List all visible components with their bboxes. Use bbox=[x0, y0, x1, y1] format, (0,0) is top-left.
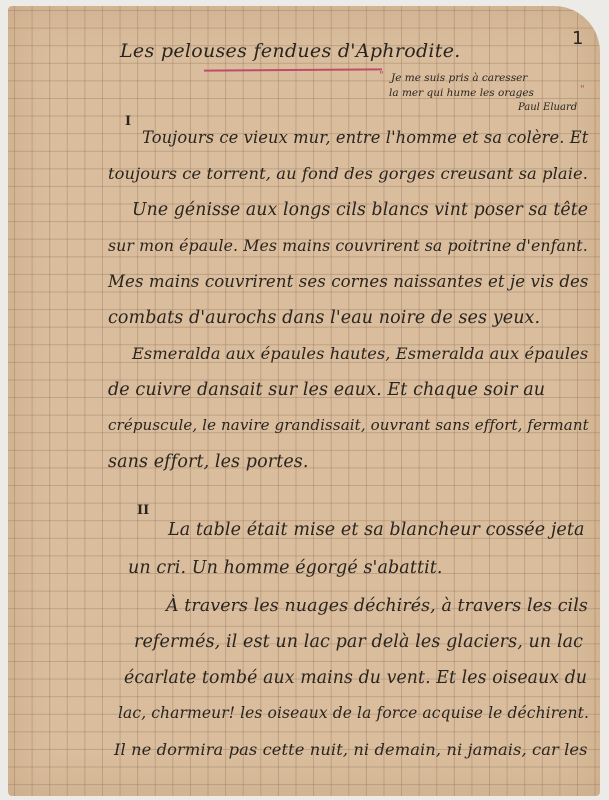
text-line: combats d'aurochs dans l'eau noire de se… bbox=[108, 308, 540, 328]
text-line: Mes mains couvrirent ses cornes naissant… bbox=[108, 272, 589, 291]
epigraph-line-2: la mer qui hume les orages bbox=[389, 87, 534, 99]
text-line: À travers les nuages déchirés, à travers… bbox=[166, 596, 588, 616]
epigraph-author: Paul Eluard bbox=[518, 102, 577, 113]
text-line: de cuivre dansait sur les eaux. Et chaqu… bbox=[108, 380, 545, 400]
page-number: 1 bbox=[572, 28, 583, 49]
manuscript-page: 1 Les pelouses fendues d'Aphrodite. " Je… bbox=[8, 6, 600, 796]
section-numeral-1: I bbox=[125, 114, 131, 129]
text-line: écarlate tombé aux mains du vent. Et les… bbox=[124, 668, 587, 688]
section-numeral-2: II bbox=[137, 503, 149, 518]
text-line: toujours ce torrent, au fond des gorges … bbox=[108, 164, 588, 183]
text-line: Toujours ce vieux mur, entre l'homme et … bbox=[142, 128, 588, 147]
text-line: Une génisse aux longs cils blancs vint p… bbox=[132, 200, 588, 220]
text-line: crépuscule, le navire grandissait, ouvra… bbox=[108, 416, 589, 434]
title-underline bbox=[204, 68, 382, 71]
epigraph-quote-close: " bbox=[580, 84, 585, 95]
text-line: La table était mise et sa blancheur coss… bbox=[168, 520, 585, 540]
text-line: Il ne dormira pas cette nuit, ni demain,… bbox=[114, 740, 588, 759]
text-line: sans effort, les portes. bbox=[108, 452, 309, 472]
text-line: lac, charmeur! les oiseaux de la force a… bbox=[118, 704, 589, 722]
epigraph-quote-open: " bbox=[379, 70, 384, 81]
text-line: Esmeralda aux épaules hautes, Esmeralda … bbox=[132, 344, 588, 363]
epigraph-line-1: Je me suis pris à caresser bbox=[391, 72, 527, 84]
manuscript-title: Les pelouses fendues d'Aphrodite. bbox=[120, 40, 461, 62]
text-line: sur mon épaule. Mes mains couvrirent sa … bbox=[108, 236, 588, 255]
text-line: un cri. Un homme égorgé s'abattit. bbox=[128, 558, 443, 578]
text-line: refermés, il est un lac par delà les gla… bbox=[134, 632, 583, 652]
